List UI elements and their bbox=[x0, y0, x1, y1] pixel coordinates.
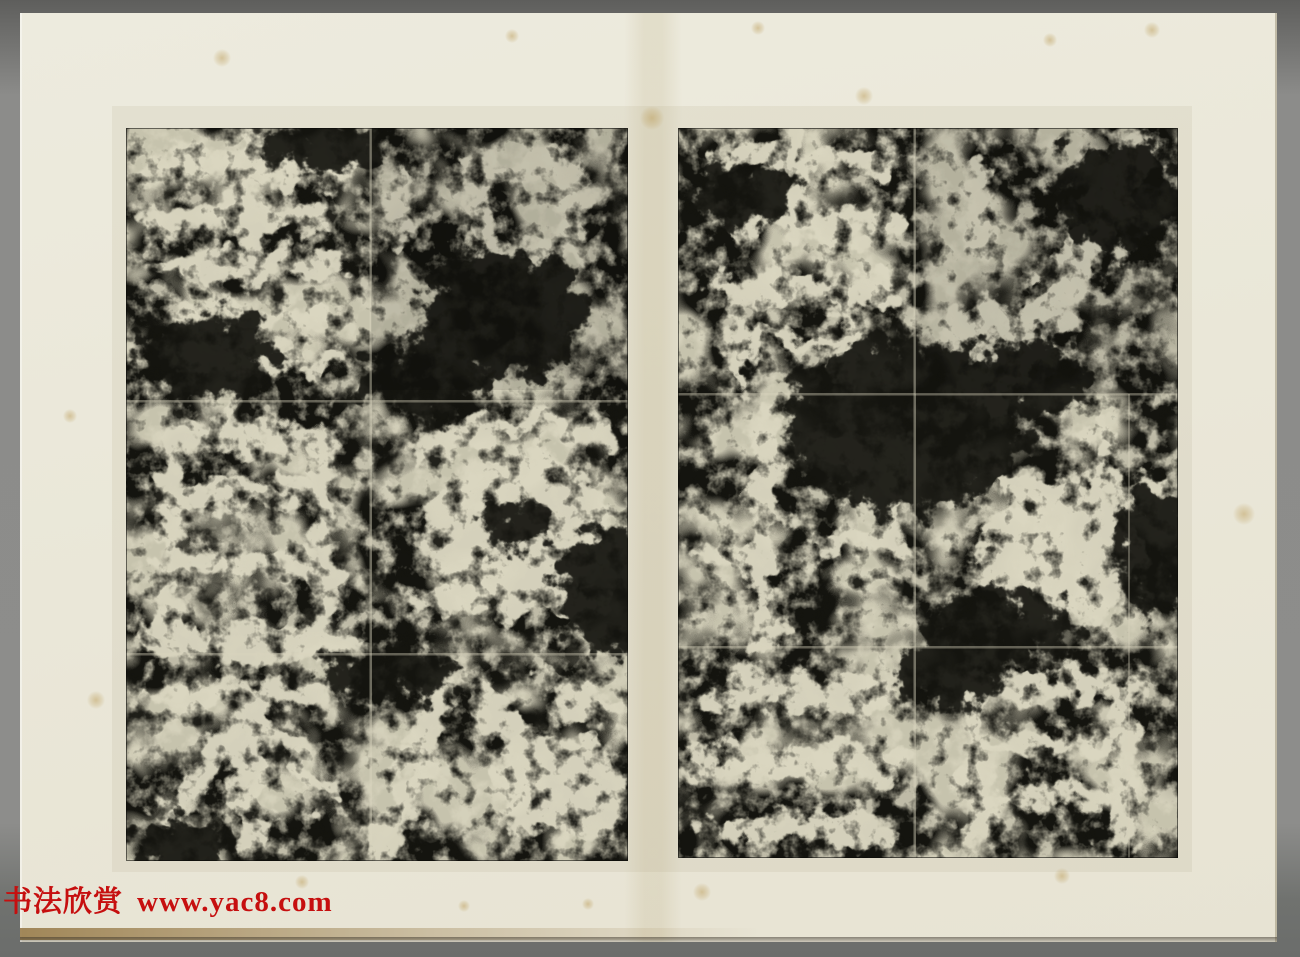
right-panel-seam-partial bbox=[1128, 394, 1130, 858]
right-panel-tile-shading bbox=[915, 128, 1178, 394]
fox-stain bbox=[1043, 33, 1057, 47]
fox-stain bbox=[693, 883, 711, 901]
fox-stain bbox=[582, 898, 594, 910]
fox-stain bbox=[640, 106, 664, 130]
fox-stain bbox=[87, 691, 105, 709]
left-panel-seam-horizontal-1 bbox=[126, 400, 628, 403]
fox-stain bbox=[458, 900, 470, 912]
fox-stain bbox=[1144, 22, 1160, 38]
fox-stain bbox=[505, 29, 519, 43]
fox-stain bbox=[213, 49, 231, 67]
watermark-site-name: 书法欣赏 bbox=[3, 886, 123, 918]
page-bottom-shadow bbox=[20, 937, 1277, 942]
fox-stain bbox=[1054, 868, 1070, 884]
photo-backdrop: 书法欣赏www.yac8.com bbox=[0, 0, 1300, 957]
left-panel-tile-shading bbox=[371, 128, 628, 390]
center-fold bbox=[624, 13, 682, 942]
right-rubbing-panel bbox=[678, 128, 1178, 858]
left-rubbing-panel bbox=[126, 128, 628, 861]
site-watermark: 书法欣赏www.yac8.com bbox=[3, 884, 333, 920]
watermark-site-url: www.yac8.com bbox=[137, 886, 333, 918]
fox-stain bbox=[1233, 503, 1255, 525]
right-panel-seam-horizontal-2 bbox=[678, 646, 1178, 649]
left-panel-seam-horizontal-2 bbox=[126, 653, 628, 656]
fox-stain bbox=[855, 87, 873, 105]
fox-stain bbox=[751, 21, 765, 35]
fox-stain bbox=[63, 409, 77, 423]
